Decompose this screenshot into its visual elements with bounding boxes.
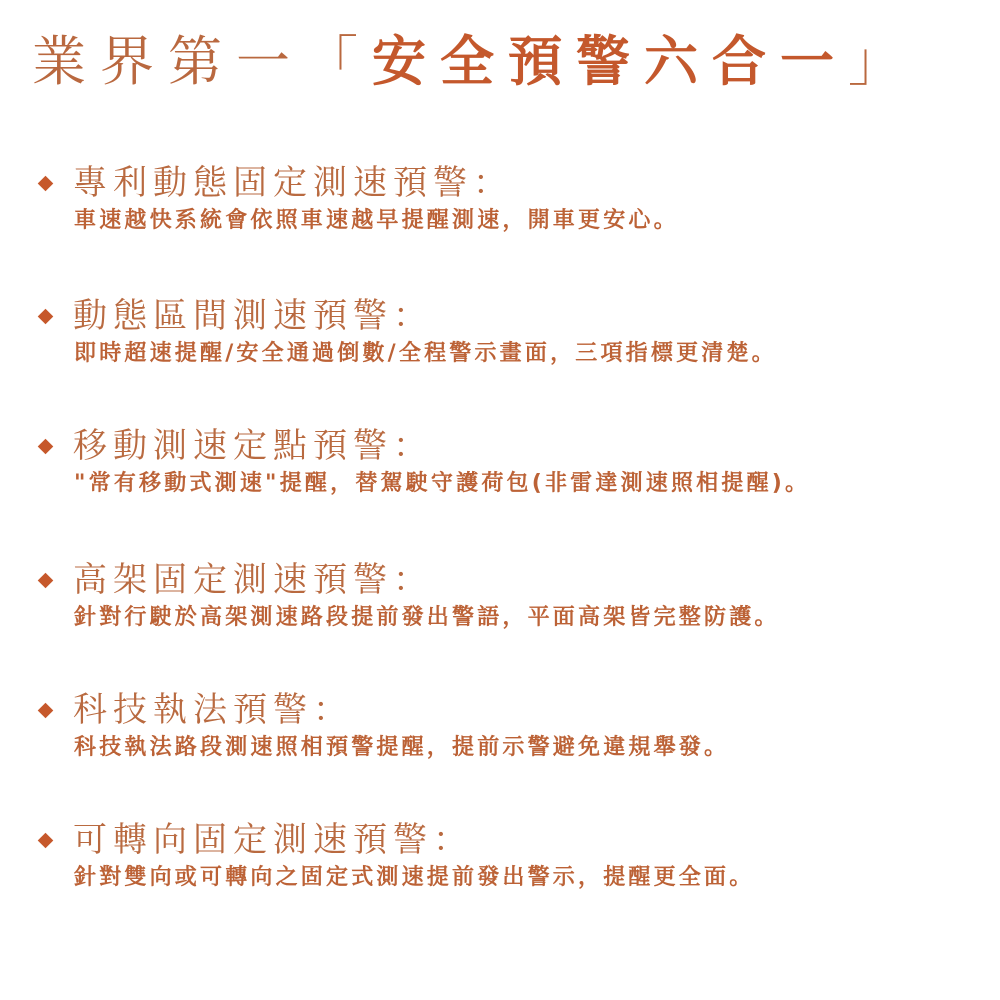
feature-heading-text: 移動測速定點預警： bbox=[73, 429, 433, 463]
feature-description: 車速越快系統會依照車速越早提醒測速，開車更安心。 bbox=[74, 210, 679, 232]
feature-heading-text: 高架固定測速預警： bbox=[73, 563, 433, 597]
feature-description: 科技執法路段測速照相預警提醒，提前示警避免違規舉發。 bbox=[74, 737, 729, 759]
diamond-bullet-icon bbox=[38, 308, 54, 324]
feature-heading: 專利動態固定測速預警： bbox=[38, 160, 513, 206]
diamond-bullet-icon bbox=[38, 702, 54, 718]
feature-heading: 可轉向固定測速預警： bbox=[38, 817, 473, 863]
feature-heading-text: 可轉向固定測速預警： bbox=[73, 823, 473, 857]
feature-heading-text: 科技執法預警： bbox=[73, 693, 353, 727]
feature-heading-text: 專利動態固定測速預警： bbox=[73, 166, 513, 200]
feature-description: 針對行駛於高架測速路段提前發出警語，平面高架皆完整防護。 bbox=[74, 607, 780, 629]
diamond-bullet-icon bbox=[38, 572, 54, 588]
feature-description: "常有移動式測速"提醒，替駕駛守護荷包(非雷達測速照相提醒)。 bbox=[74, 473, 810, 495]
diamond-bullet-icon bbox=[38, 438, 54, 454]
feature-description: 即時超速提醒/安全通過倒數/全程警示畫面，三項指標更清楚。 bbox=[74, 343, 777, 365]
title-open-bracket: 「 bbox=[304, 35, 372, 89]
diamond-bullet-icon bbox=[38, 832, 54, 848]
page-title: 業界第一 「 安全預警六合一 」 bbox=[32, 22, 916, 102]
feature-heading: 高架固定測速預警： bbox=[38, 557, 433, 603]
title-close-bracket: 」 bbox=[848, 35, 916, 89]
title-prefix: 業界第一 bbox=[32, 35, 304, 89]
feature-heading: 科技執法預警： bbox=[38, 687, 353, 733]
feature-heading: 動態區間測速預警： bbox=[38, 293, 433, 339]
diamond-bullet-icon bbox=[38, 175, 54, 191]
feature-heading-text: 動態區間測速預警： bbox=[73, 299, 433, 333]
title-highlight: 安全預警六合一 bbox=[372, 35, 848, 89]
feature-heading: 移動測速定點預警： bbox=[38, 423, 433, 469]
feature-description: 針對雙向或可轉向之固定式測速提前發出警示，提醒更全面。 bbox=[74, 867, 754, 889]
